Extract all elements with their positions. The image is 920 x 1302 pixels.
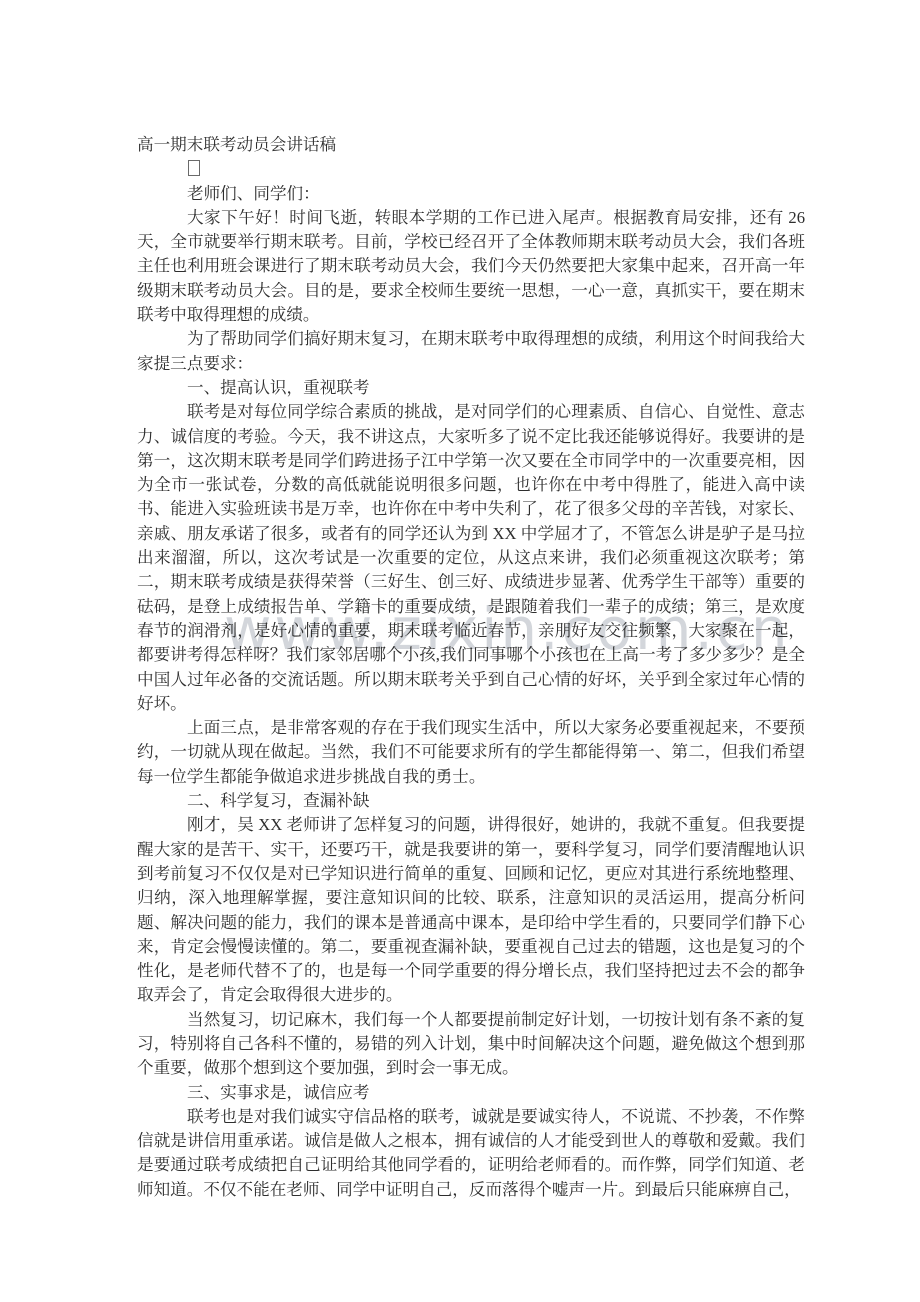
doc-title: 高一期末联考动员会讲话稿	[137, 133, 805, 157]
paragraph-intro-requirements: 为了帮助同学们搞好期末复习，在期末联考中取得理想的成绩，利用这个时间我给大家提三…	[137, 327, 805, 376]
section-heading-1: 一、提高认识，重视联考	[137, 376, 805, 400]
section-heading-3: 三、实事求是，诚信应考	[137, 1081, 805, 1105]
paragraph-section-2-plan: 当然复习，切记麻木，我们每一个人都要提前制定好计划，一切按计划有条不紊的复习，特…	[137, 1008, 805, 1081]
paragraph-section-1: 联考是对每位同学综合素质的挑战，是对同学们的心理素质、自信心、自觉性、意志力、诚…	[137, 400, 805, 716]
missing-glyph-box	[188, 160, 200, 176]
section-heading-2: 二、科学复习，查漏补缺	[137, 789, 805, 813]
document-body: 高一期末联考动员会讲话稿 老师们、同学们： 大家下午好！时间飞逝，转眼本学期的工…	[137, 133, 805, 1202]
salutation: 老师们、同学们：	[137, 182, 805, 206]
document-page: www.zixin.com.cn 高一期末联考动员会讲话稿 老师们、同学们： 大…	[0, 0, 920, 1302]
paragraph-greeting: 大家下午好！时间飞逝，转眼本学期的工作已进入尾声。根据教育局安排，还有 26 天…	[137, 206, 805, 327]
paragraph-section-1-summary: 上面三点，是非常客观的存在于我们现实生活中，所以大家务必要重视起来，不要预约，一…	[137, 716, 805, 789]
missing-glyph-line	[137, 157, 805, 181]
paragraph-section-2: 刚才，吴 XX 老师讲了怎样复习的问题，讲得很好，她讲的，我就不重复。但我要提醒…	[137, 813, 805, 1007]
paragraph-section-3: 联考也是对我们诚实守信品格的联考，诚就是要诚实待人，不说谎、不抄袭，不作弊信就是…	[137, 1105, 805, 1202]
